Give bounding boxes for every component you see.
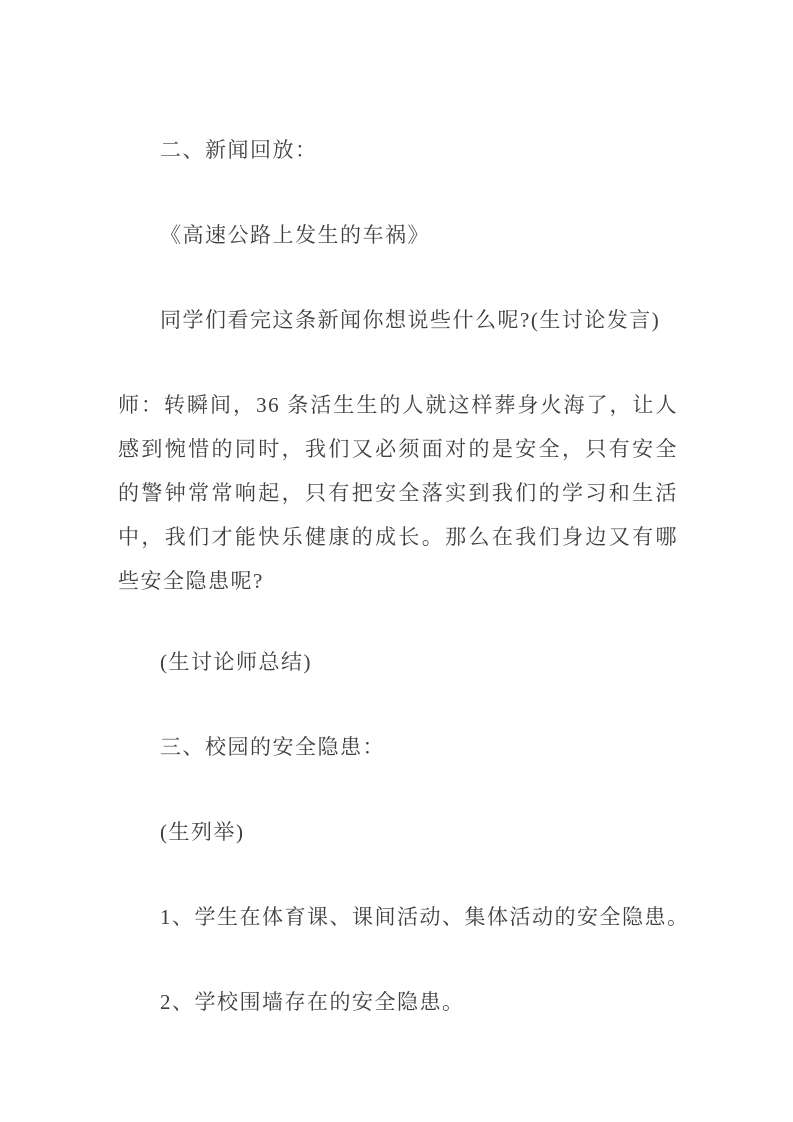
list-item-2: 2、学校围墙存在的安全隐患。 [118,980,678,1024]
teacher-speech-paragraph: 师：转瞬间，36 条活生生的人就这样葬身火海了，让人感到惋惜的同时，我们又必须面… [118,383,678,603]
student-list-note-line: (生列举) [118,810,678,854]
list-item-1: 1、学生在体育课、课间活动、集体活动的安全隐患。 [118,895,678,939]
discussion-summary-line: (生讨论师总结) [118,640,678,684]
section-heading-3: 三、校园的安全隐患： [118,725,678,769]
news-title-line: 《高速公路上发生的车祸》 [118,213,678,257]
section-heading-2: 二、新闻回放： [118,128,678,172]
document-page: 二、新闻回放： 《高速公路上发生的车祸》 同学们看完这条新闻你想说些什么呢?(生… [0,0,793,1122]
discussion-question-line: 同学们看完这条新闻你想说些什么呢?(生讨论发言) [118,298,678,342]
